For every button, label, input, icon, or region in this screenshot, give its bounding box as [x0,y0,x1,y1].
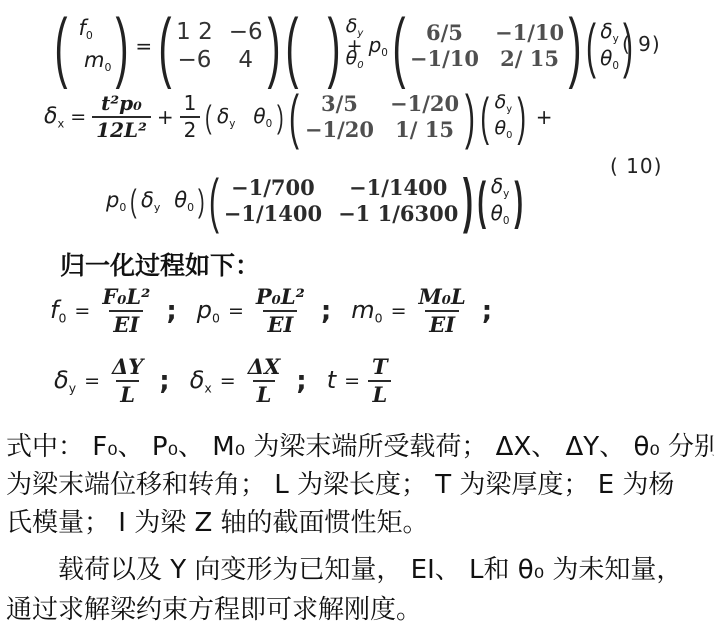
m-subscript: 0 [104,61,111,74]
equals-sign: = [135,34,152,58]
f0-symbol: f0 [79,18,93,42]
paragraph-line: 通过求解梁约束方程即可求解刚度。 [6,590,710,628]
delta-subscript: y [503,188,509,200]
delta-y-symbol: δy [495,93,512,115]
theta-subscript: 0 [357,60,363,71]
fraction-denominator: EI [109,310,143,337]
state-vector: δy θ0 [491,176,510,227]
matrix-cell: 6/5 [426,22,463,44]
matrix-cell: −1/700 [231,177,315,199]
paragraph-solution: 载荷以及 Y 向变形为已知量， EI、 L和 θ₀ 为未知量， 通过求解梁约束方… [6,550,710,628]
delta-base: δ [217,104,229,128]
row-vector: δy θ0 [217,104,272,130]
fraction-numerator: t²p₀ [97,92,146,116]
delta-y-symbol: δy [491,176,509,199]
paragraph-line: 为梁末端位移和转角； L 为梁长度； T 为梁厚度； E 为杨 [6,466,710,504]
equation-9: ( f0 m0 ) = ( 1 2 −6 −6 4 ) ( ) δy + θ0 … [54,6,633,86]
fraction-denominator: 2 [180,116,201,142]
theta0-symbol: θ0 [494,119,512,141]
paragraph-line: 载荷以及 Y 向变形为已知量， EI、 L和 θ₀ 为未知量， [6,550,710,590]
p-base: p [369,33,382,57]
row-vector: δy θ0 [141,188,194,214]
document-page: ( f0 m0 ) = ( 1 2 −6 −6 4 ) ( ) δy + θ0 … [0,0,714,628]
var-base: δ [54,366,69,394]
f-subscript: 0 [86,29,93,42]
separator: ; [482,296,492,326]
fraction-numerator: ΔX [244,355,285,380]
var-subscript: 0 [212,311,220,326]
var-subscript: 0 [375,311,383,326]
normalization-line1: f0 = F₀L² EI ; p0 = P₀L² EI ; m0 = M₀L E… [50,282,496,340]
stiffness-matrix: 1 2 −6 −6 4 [176,20,262,71]
equation-10-line1: δx = t²p₀ 12L² + 1 2 ( δy θ0 ) ( 3/5 −1/… [44,86,552,148]
var-base: p [197,296,212,324]
state-vector: δy θ0 [600,21,619,72]
var-subscript: y [69,381,76,396]
p0-symbol: p0 [197,296,220,326]
equals-sign: = [70,106,86,128]
delta-theta-stack: δy + θ0 [346,20,364,72]
theta-subscript: 0 [612,60,619,72]
matrix-cell: −1/1400 [349,177,447,199]
var-base: δ [190,366,205,394]
matrix-cell: 1/ 15 [395,119,454,141]
fraction-denominator: L [253,380,276,407]
p0-coefficient: p0 [369,33,388,59]
matrix-cell: 3/5 [321,93,358,115]
matrix-cell: 4 [238,48,253,72]
separator: ; [321,296,331,326]
delta-base: δ [346,15,358,37]
matrix-cell: −1/20 [305,119,374,141]
plus-sign: + [536,105,553,129]
theta-subscript: 0 [187,201,194,214]
t2p0-fraction: t²p₀ 12L² [92,92,151,142]
normalization-line2: δy = ΔY L ; δx = ΔX L ; t = T L [54,352,392,410]
geometry-matrix: 3/5 −1/20 −1/20 1/ 15 [305,93,459,140]
fraction-numerator: 1 [180,92,201,116]
matrix-cell: −6 [229,20,263,44]
equals-sign: = [74,300,90,322]
matrix-cell: 1 2 [176,20,213,44]
matrix-cell: 2/ 15 [500,48,559,70]
delta-base: δ [141,188,154,212]
var-subscript: x [204,381,211,396]
equals-sign: = [84,370,100,392]
equals-sign: = [391,300,407,322]
fraction-denominator: L [116,380,139,407]
F0L2-over-EI-fraction: F₀L² EI [98,285,154,337]
theta-subscript: 0 [266,118,273,130]
equals-sign: = [228,300,244,322]
delta-y-symbol: δy [141,188,160,214]
theta0-symbol: θ0 [491,203,510,226]
p0-coefficient: p0 [106,188,126,214]
fraction-numerator: T [368,355,392,380]
matrix-cell: −1/10 [410,48,479,70]
delta-subscript: y [229,118,235,130]
T-over-L-fraction: T L [368,355,392,407]
fraction-numerator: P₀L² [252,285,309,310]
theta0-symbol: θ0 [346,52,364,72]
half-fraction: 1 2 [180,92,201,142]
var-subscript: 0 [58,311,66,326]
equation-number-10: ( 10) [610,154,662,178]
correction-matrix: −1/700 −1/1400 −1/1400 −1 1/6300 [224,177,459,224]
p-subscript: 0 [381,47,388,59]
dY-over-L-fraction: ΔY L [108,355,147,407]
separator: ; [296,366,306,396]
delta-subscript: y [613,33,619,45]
delta-base: δ [44,104,57,129]
separator: ; [166,296,176,326]
paragraph-line: 式中： F₀、 P₀、 M₀ 为梁末端所受载荷； ΔX、 ΔY、 θ₀ 分别 [6,428,710,466]
delta-base: δ [491,174,503,198]
fraction-denominator: L [368,380,391,407]
P0L2-over-EI-fraction: P₀L² EI [252,285,309,337]
delta-y-symbol: δy [600,21,618,44]
delta-subscript: y [154,201,160,214]
var-base: m [351,296,374,324]
eq9-lhs-vector: f0 m0 [72,18,111,74]
fraction-denominator: EI [425,310,459,337]
separator: ; [159,366,169,396]
theta-base: θ [253,104,265,128]
p-subscript: 0 [119,201,126,214]
fraction-denominator: EI [263,310,297,337]
delta-y-symbol: δy [217,104,235,130]
delta-y-symbol: δy [54,366,76,396]
matrix-cell: −1/10 [495,22,564,44]
theta-base: θ [346,47,358,69]
m-base: m [84,48,104,72]
theta-base: θ [174,188,187,212]
flexibility-matrix: 6/5 −1/10 −1/10 2/ 15 [410,22,564,69]
delta-x-symbol: δx [190,366,212,396]
t-symbol: t [327,366,336,396]
delta-subscript: x [57,116,64,130]
matrix-cell: −6 [177,48,211,72]
fraction-numerator: M₀L [415,285,470,310]
m0-symbol: m0 [84,50,111,74]
theta-base: θ [600,46,612,70]
theta-subscript: 0 [506,130,512,141]
fraction-numerator: ΔY [108,355,147,380]
matrix-cell: −1/20 [390,93,459,115]
plus-sign: + [157,105,174,129]
normalization-title: 归一化过程如下： [60,246,260,282]
theta0-symbol: θ0 [600,48,619,71]
theta-base: θ [491,201,503,225]
dX-over-L-fraction: ΔX L [244,355,285,407]
theta0-symbol: θ0 [174,188,194,214]
delta-base: δ [495,91,507,113]
matrix-cell: −1 1/6300 [338,203,458,225]
theta-base: θ [494,117,506,139]
paragraph-definitions: 式中： F₀、 P₀、 M₀ 为梁末端所受载荷； ΔX、 ΔY、 θ₀ 分别 为… [6,428,710,542]
fraction-numerator: F₀L² [98,285,154,310]
f-base: f [79,16,86,40]
equals-sign: = [344,370,360,392]
f0-symbol: f0 [50,296,66,326]
delta-base: δ [600,19,612,43]
theta-subscript: 0 [503,215,510,227]
state-vector: δy θ0 [494,93,512,140]
delta-x-symbol: δx [44,104,64,130]
equation-number-9: ( 9) [622,32,661,56]
delta-subscript: y [506,104,512,115]
var-base: t [327,366,336,394]
p-base: p [106,188,119,212]
fraction-denominator: 12L² [92,116,151,142]
equation-10-line2: p0 ( δy θ0 ) ( −1/700 −1/1400 −1/1400 −1… [106,166,522,236]
M0L-over-EI-fraction: M₀L EI [415,285,470,337]
m0-symbol: m0 [351,296,382,326]
paragraph-line: 氏模量； I 为梁 Z 轴的截面惯性矩。 [6,504,710,542]
equals-sign: = [220,370,236,392]
theta0-symbol: θ0 [253,104,272,130]
matrix-cell: −1/1400 [224,203,322,225]
